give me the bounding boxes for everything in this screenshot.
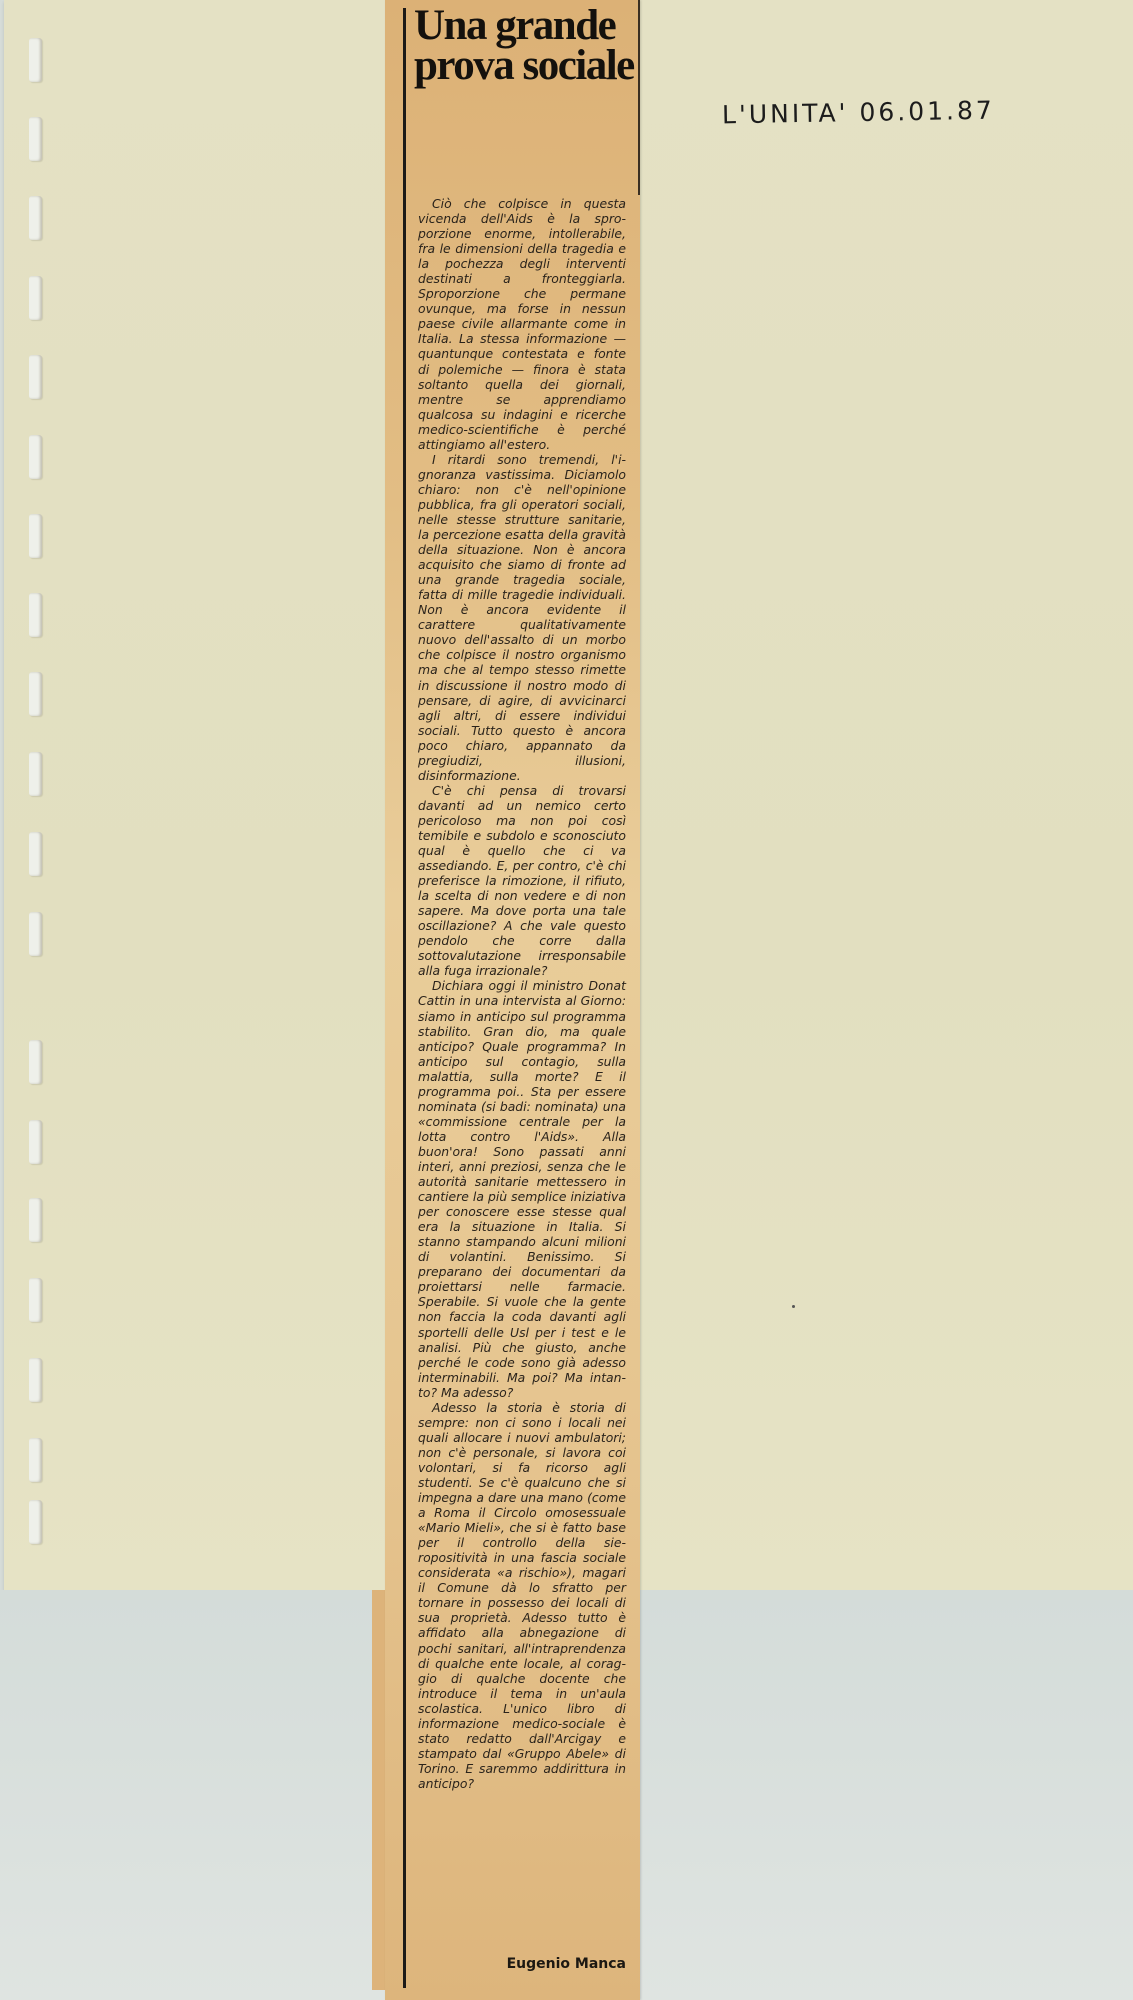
article-headline: Una grande prova sociale	[414, 6, 634, 86]
binder-slot	[29, 435, 42, 479]
article-paragraph: C'è chi pensa di trovarsi davanti ad un …	[418, 783, 626, 979]
binder-slot	[29, 672, 42, 716]
binder-slot	[29, 196, 42, 240]
binder-slot	[29, 832, 42, 876]
article-paragraph: Adesso la storia è storia di sempre: non…	[418, 1400, 626, 1791]
article-body: Ciò che colpisce in questa vicenda dell'…	[418, 196, 626, 1791]
binder-slot	[29, 117, 42, 161]
binder-slot	[29, 38, 42, 82]
binder-slot	[29, 514, 42, 558]
binder-slot	[29, 1500, 42, 1544]
binder-slot	[29, 1358, 42, 1402]
binder-slot	[29, 355, 42, 399]
binder-slot	[29, 1198, 42, 1242]
binder-slot	[29, 1040, 42, 1084]
article-paragraph: Ciò che colpisce in questa vicenda dell'…	[418, 196, 626, 452]
binder-slot	[29, 912, 42, 956]
binder-slot	[29, 593, 42, 637]
article-paragraph: Dichiara oggi il ministro Donat Cattin i…	[418, 978, 626, 1399]
dust-speck	[792, 1305, 795, 1308]
binder-slot	[29, 1438, 42, 1482]
binder-slot	[29, 1120, 42, 1164]
article-byline: Eugenio Manca	[418, 1956, 626, 1972]
source-date-note: L'UNITA' 06.01.87	[722, 96, 995, 130]
column-rule-left	[403, 8, 406, 1988]
binder-slot	[29, 752, 42, 796]
column-rule-right	[638, 0, 640, 195]
binder-slot	[29, 276, 42, 320]
binder-slot	[29, 1278, 42, 1322]
article-paragraph: I ritardi sono tremendi, l'i­gnoranza va…	[418, 452, 626, 783]
